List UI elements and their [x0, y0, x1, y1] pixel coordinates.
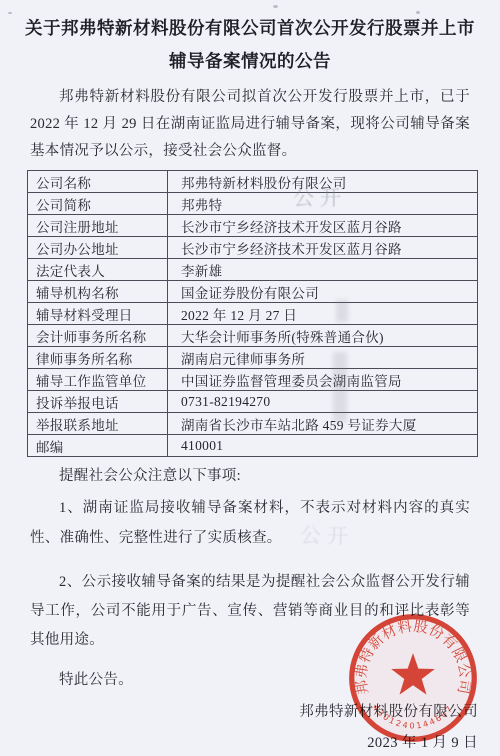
- table-row: 法定代表人 李新雄: [28, 259, 478, 281]
- table-value-cell: 长沙市宁乡经济技术开发区蓝月谷路: [168, 215, 478, 237]
- table-row: 公司办公地址 长沙市宁乡经济技术开发区蓝月谷路: [28, 237, 478, 259]
- table-value-cell: 国金证券股份有限公司: [168, 281, 478, 303]
- table-label-cell: 公司办公地址: [28, 237, 168, 259]
- notice-item-2: 2、公示接收辅导备案的结果是为提醒社会公众监督公开发行辅导工作，公司不能用于广告…: [30, 568, 470, 655]
- table-label-cell: 公司名称: [28, 171, 168, 193]
- table-row: 辅导机构名称 国金证券股份有限公司: [28, 281, 478, 303]
- table-value-cell: 邦弗特新材料股份有限公司: [168, 171, 478, 193]
- table-value-cell: 410001: [168, 435, 478, 457]
- scan-speck: [416, 11, 420, 14]
- table-label-cell: 法定代表人: [28, 259, 168, 281]
- table-row: 辅导材料受理日 2022 年 12 月 27 日: [28, 303, 478, 325]
- table-row: 辅导工作监管单位 中国证券监督管理委员会湖南监管局: [28, 369, 478, 391]
- intro-paragraph: 邦弗特新材料股份有限公司拟首次公开发行股票并上市，已于 2022 年 12 月 …: [30, 84, 470, 165]
- table-label-cell: 律师事务所名称: [28, 347, 168, 369]
- signature-company: 邦弗特新材料股份有限公司: [0, 697, 478, 728]
- table-row: 投诉举报电话 0731-82194270: [28, 391, 478, 413]
- document-title-line2: 辅导备案情况的公告: [0, 45, 500, 78]
- document-title-line1: 关于邦弗特新材料股份有限公司首次公开发行股票并上市: [0, 12, 500, 45]
- table-value-cell: 中国证券监督管理委员会湖南监管局: [168, 369, 478, 391]
- signature-date: 2023 年 1 月 9 日: [0, 728, 478, 756]
- table-label-cell: 辅导机构名称: [28, 281, 168, 303]
- table-row: 邮编 410001: [28, 435, 478, 457]
- table-label-cell: 邮编: [28, 435, 168, 457]
- table-value-cell: 湖南省长沙市车站北路 459 号证券大厦: [168, 413, 478, 435]
- document-title: 关于邦弗特新材料股份有限公司首次公开发行股票并上市 辅导备案情况的公告: [0, 0, 500, 78]
- table-row: 公司名称 邦弗特新材料股份有限公司: [28, 171, 478, 193]
- table-value-cell: 0731-82194270: [168, 391, 478, 413]
- table-row: 公司简称 邦弗特: [28, 193, 478, 215]
- table-value-cell: 2022 年 12 月 27 日: [168, 303, 478, 325]
- notice-item-1: 1、湖南证监局接收辅导备案材料，不表示对材料内容的真实性、准确性、完整性进行了实…: [30, 493, 470, 553]
- public-notice-section: 提醒社会公众注意以下事项: 1、湖南证监局接收辅导备案材料，不表示对材料内容的真…: [30, 465, 470, 691]
- filing-info-table: 公司名称 邦弗特新材料股份有限公司 公司简称 邦弗特 公司注册地址 长沙市宁乡经…: [27, 170, 478, 457]
- table-row: 律师事务所名称 湖南启元律师事务所: [28, 347, 478, 369]
- table-value-cell: 湖南启元律师事务所: [168, 347, 478, 369]
- closing-statement: 特此公告。: [30, 669, 470, 691]
- scan-speck: [273, 5, 278, 8]
- signature-block: 邦弗特新材料股份有限公司 2023 年 1 月 9 日: [0, 697, 500, 756]
- table-label-cell: 辅导工作监管单位: [28, 369, 168, 391]
- table-label-cell: 公司简称: [28, 193, 168, 215]
- table-label-cell: 投诉举报电话: [28, 391, 168, 413]
- table-value-cell: 李新雄: [168, 259, 478, 281]
- table-label-cell: 公司注册地址: [28, 215, 168, 237]
- table-value-cell: 长沙市宁乡经济技术开发区蓝月谷路: [168, 237, 478, 259]
- table-label-cell: 辅导材料受理日: [28, 303, 168, 325]
- table-label-cell: 举报联系地址: [28, 413, 168, 435]
- scan-speck: [8, 12, 12, 14]
- table-row: 公司注册地址 长沙市宁乡经济技术开发区蓝月谷路: [28, 215, 478, 237]
- table-label-cell: 会计师事务所名称: [28, 325, 168, 347]
- scanned-announcement-page: 关于邦弗特新材料股份有限公司首次公开发行股票并上市 辅导备案情况的公告 公开 公…: [0, 0, 500, 756]
- notice-heading: 提醒社会公众注意以下事项:: [30, 465, 470, 487]
- table-row: 会计师事务所名称 大华会计师事务所(特殊普通合伙): [28, 325, 478, 347]
- table-row: 举报联系地址 湖南省长沙市车站北路 459 号证券大厦: [28, 413, 478, 435]
- table-value-cell: 大华会计师事务所(特殊普通合伙): [168, 325, 478, 347]
- table-value-cell: 邦弗特: [168, 193, 478, 215]
